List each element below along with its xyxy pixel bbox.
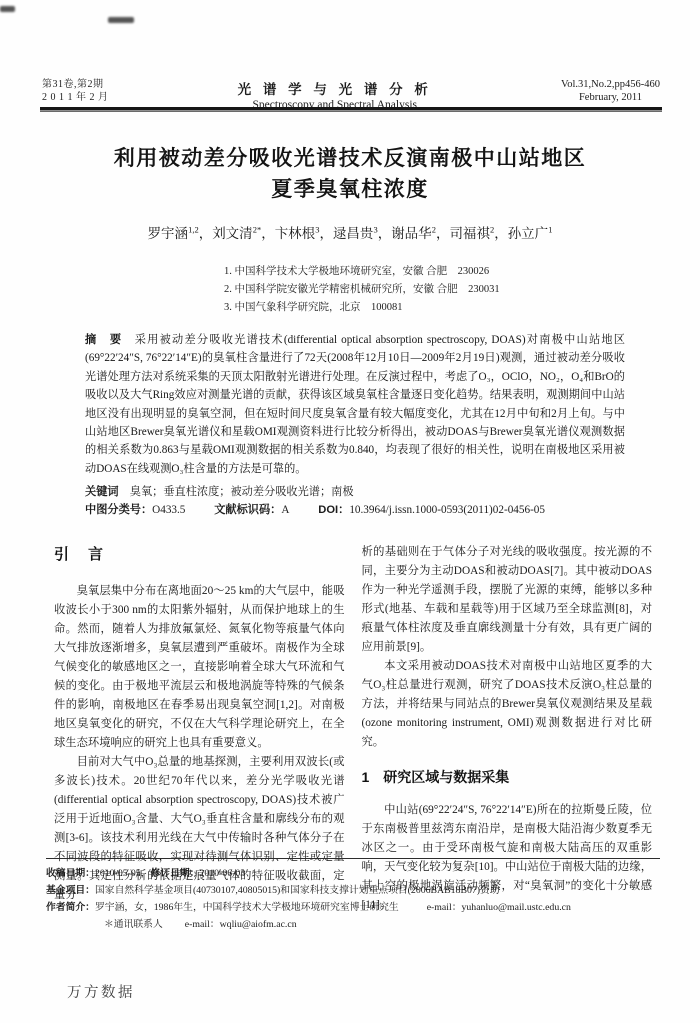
intro-paragraph-2-continued: 析的基础则在于气体分子对光线的吸收强度。按光源的不同，主要分为主动DOAS和被动… xyxy=(362,543,653,657)
author: 孙立广1 xyxy=(508,226,553,241)
intro-paragraph-3: 本文采用被动DOAS技术对南极中山站地区夏季的大气O₃柱总量进行观测，研究了DO… xyxy=(362,657,653,752)
author: 罗宇涵1,2， xyxy=(148,226,213,241)
affiliation-3: 3. 中国气象科学研究院，北京 100081 xyxy=(224,299,500,317)
intro-paragraph-1: 臭氧层集中分布在离地面20～25 km的大气层中，能吸收波长小于300 nm的太… xyxy=(54,582,345,753)
author-email: e-mail：yuhanluo@mail.ustc.edu.cn xyxy=(427,902,571,913)
author: 卞林根3， xyxy=(275,226,333,241)
corresponding-email: e-mail：wqliu@aiofm.ac.cn xyxy=(185,919,297,930)
keywords-label: 关键词 xyxy=(85,486,119,498)
received-label: 收稿日期： xyxy=(46,868,95,879)
doc-code-label: 文献标识码： xyxy=(214,504,281,516)
footnote-funding: 基金项目：国家自然科学基金项目(40730107,40805015)和国家科技支… xyxy=(46,882,660,899)
article-meta: 中图分类号：O433.5 文献标识码：A DOI：10.3964/j.issn.… xyxy=(85,501,645,517)
clc-group: 中图分类号：O433.5 xyxy=(85,504,185,516)
doc-code-value: A xyxy=(281,504,289,516)
abstract-label: 摘 要 xyxy=(85,334,122,346)
journal-page: 第31卷,第2期 2 0 1 1 年 2 月 光 谱 学 与 光 谱 分 析 S… xyxy=(0,0,700,1023)
article-title-line1: 利用被动差分吸收光谱技术反演南极中山站地区 xyxy=(0,143,700,174)
doi-label: DOI： xyxy=(318,504,349,516)
header-rule xyxy=(40,107,662,112)
doc-code-group: 文献标识码：A xyxy=(214,504,289,516)
corresponding-author-note: ＊通讯联系人 xyxy=(104,919,163,930)
volume-info-en: Vol.31,No.2,pp456-460 February, 2011 xyxy=(561,78,660,104)
intro-heading: 引 言 xyxy=(54,545,345,564)
abstract: 摘 要 采用被动差分吸收光谱技术(differential optical ab… xyxy=(85,331,625,478)
author: 司福祺2， xyxy=(449,226,507,241)
received-date: 2010-05-05， xyxy=(95,868,151,879)
volume-pages: Vol.31,No.2,pp456-460 xyxy=(561,78,660,91)
footnote-biography: 作者简介：罗宇涵，女，1986年生，中国科学技术大学极地环境研究室博士研究生e-… xyxy=(46,899,660,916)
biography-label: 作者简介： xyxy=(46,902,95,913)
author: 逯昌贵3， xyxy=(333,226,391,241)
doi-value: 10.3964/j.issn.1000-0593(2011)02-0456-05 xyxy=(349,504,545,516)
scan-smudge xyxy=(108,17,134,23)
footnote-dates: 收稿日期：2010-05-05，修订日期：2010-06-03 xyxy=(46,865,660,882)
date-cn: 2 0 1 1 年 2 月 xyxy=(42,91,109,104)
author-affiliation-sup: 2* xyxy=(253,225,262,235)
affiliation-list: 1. 中国科学技术大学极地环境研究室，安徽 合肥 230026 2. 中国科学院… xyxy=(224,263,500,317)
article-title-line2: 夏季臭氧柱浓度 xyxy=(0,174,700,205)
journal-name-cn: 光 谱 学 与 光 谱 分 析 xyxy=(238,78,432,98)
footnotes: 收稿日期：2010-05-05，修订日期：2010-06-03 基金项目：国家自… xyxy=(46,858,660,933)
scan-smudge xyxy=(0,6,15,12)
volume-issue-cn: 第31卷,第2期 xyxy=(42,78,109,91)
funding-text: 国家自然科学基金项目(40730107,40805015)和国家科技支撑计划重点… xyxy=(95,885,500,896)
section-1-title: 研究区域与数据采集 xyxy=(383,769,509,785)
wanfang-watermark: 万方数据 xyxy=(67,981,135,1002)
funding-label: 基金项目： xyxy=(46,885,95,896)
clc-value: O433.5 xyxy=(152,504,185,516)
author-affiliation-sup: 1,2 xyxy=(188,225,199,235)
keywords: 关键词 臭氧；垂直柱浓度；被动差分吸收光谱；南极 xyxy=(85,483,625,499)
affiliation-1: 1. 中国科学技术大学极地环境研究室，安徽 合肥 230026 xyxy=(224,263,500,281)
author: 刘文清2*， xyxy=(212,226,275,241)
author-list: 罗宇涵1,2，刘文清2*，卞林根3，逯昌贵3，谢品华2，司福祺2，孙立广1 xyxy=(0,222,700,242)
doi-group: DOI：10.3964/j.issn.1000-0593(2011)02-045… xyxy=(318,504,545,516)
biography-text: 罗宇涵，女，1986年生，中国科学技术大学极地环境研究室博士研究生 xyxy=(95,902,399,913)
author-affiliation-sup: 1 xyxy=(548,225,552,235)
revised-date: 2010-06-03 xyxy=(199,868,245,879)
section-1-number: 1 xyxy=(362,769,370,785)
volume-issue: 第31卷,第2期 2 0 1 1 年 2 月 xyxy=(42,78,109,104)
date-en: February, 2011 xyxy=(561,91,660,104)
revised-label: 修订日期： xyxy=(151,868,200,879)
abstract-text: 采用被动差分吸收光谱技术(differential optical absorp… xyxy=(85,334,625,475)
keywords-text: 臭氧；垂直柱浓度；被动差分吸收光谱；南极 xyxy=(130,486,354,498)
clc-label: 中图分类号： xyxy=(85,504,152,516)
article-title: 利用被动差分吸收光谱技术反演南极中山站地区 夏季臭氧柱浓度 xyxy=(0,143,700,205)
section-1-heading: 1研究区域与数据采集 xyxy=(362,768,653,787)
footnote-corresponding: ＊通讯联系人e-mail：wqliu@aiofm.ac.cn xyxy=(46,916,660,933)
affiliation-2: 2. 中国科学院安徽光学精密机械研究所，安徽 合肥 230031 xyxy=(224,281,500,299)
author: 谢品华2， xyxy=(391,226,449,241)
